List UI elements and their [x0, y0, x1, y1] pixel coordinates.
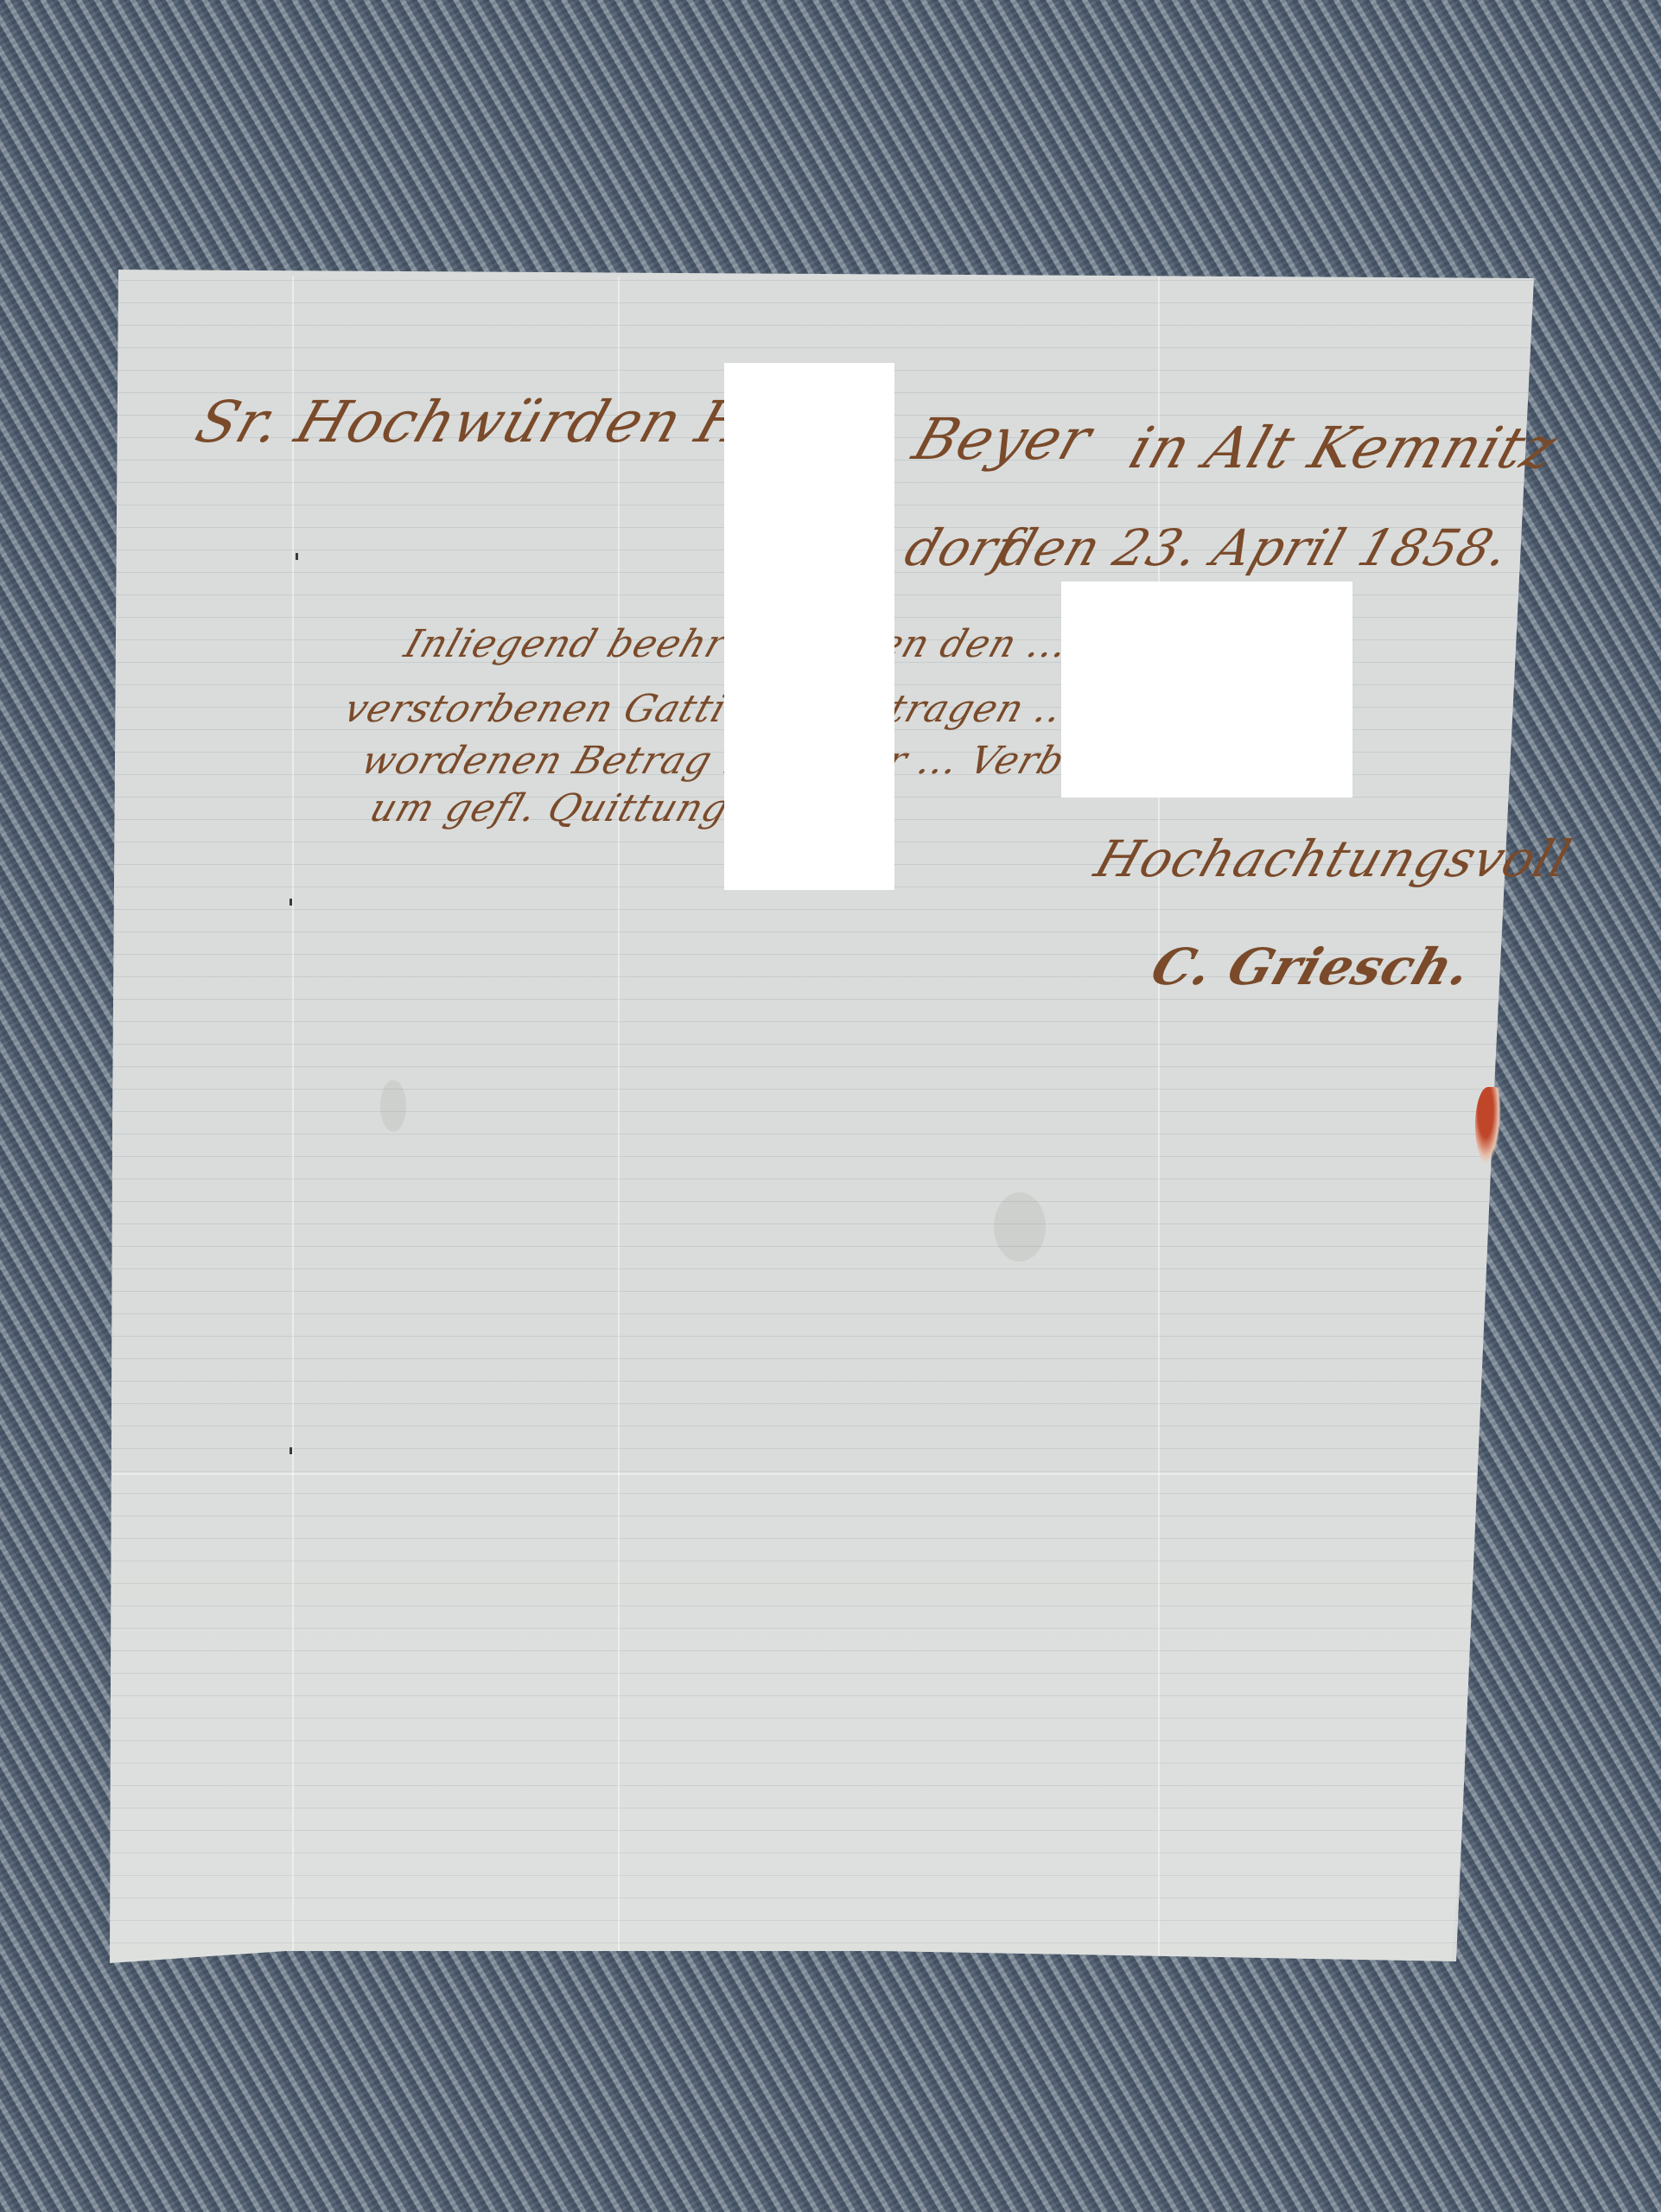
body-line-4: um gefl. Quittung [365, 786, 735, 830]
closing: Hochachtungsvoll [1088, 829, 1579, 888]
paper-stain [380, 1080, 406, 1132]
address-location: in Alt Kemnitz [1121, 415, 1565, 481]
paper-stain [994, 1192, 1046, 1262]
signature: C. Griesch. [1144, 938, 1480, 996]
address-name: Beyer [905, 406, 1099, 473]
lower-panel-shade [110, 1469, 1492, 1961]
wax-seal-remnant [1475, 1087, 1501, 1165]
letter-paper [0, 0, 1661, 2212]
redaction-box-tall [724, 363, 894, 890]
margin-mark [290, 899, 292, 906]
margin-mark [290, 1447, 292, 1454]
dateline-date: den 23. April 1858. [993, 518, 1518, 577]
margin-mark [296, 553, 298, 560]
redaction-box-wide [1061, 582, 1352, 798]
